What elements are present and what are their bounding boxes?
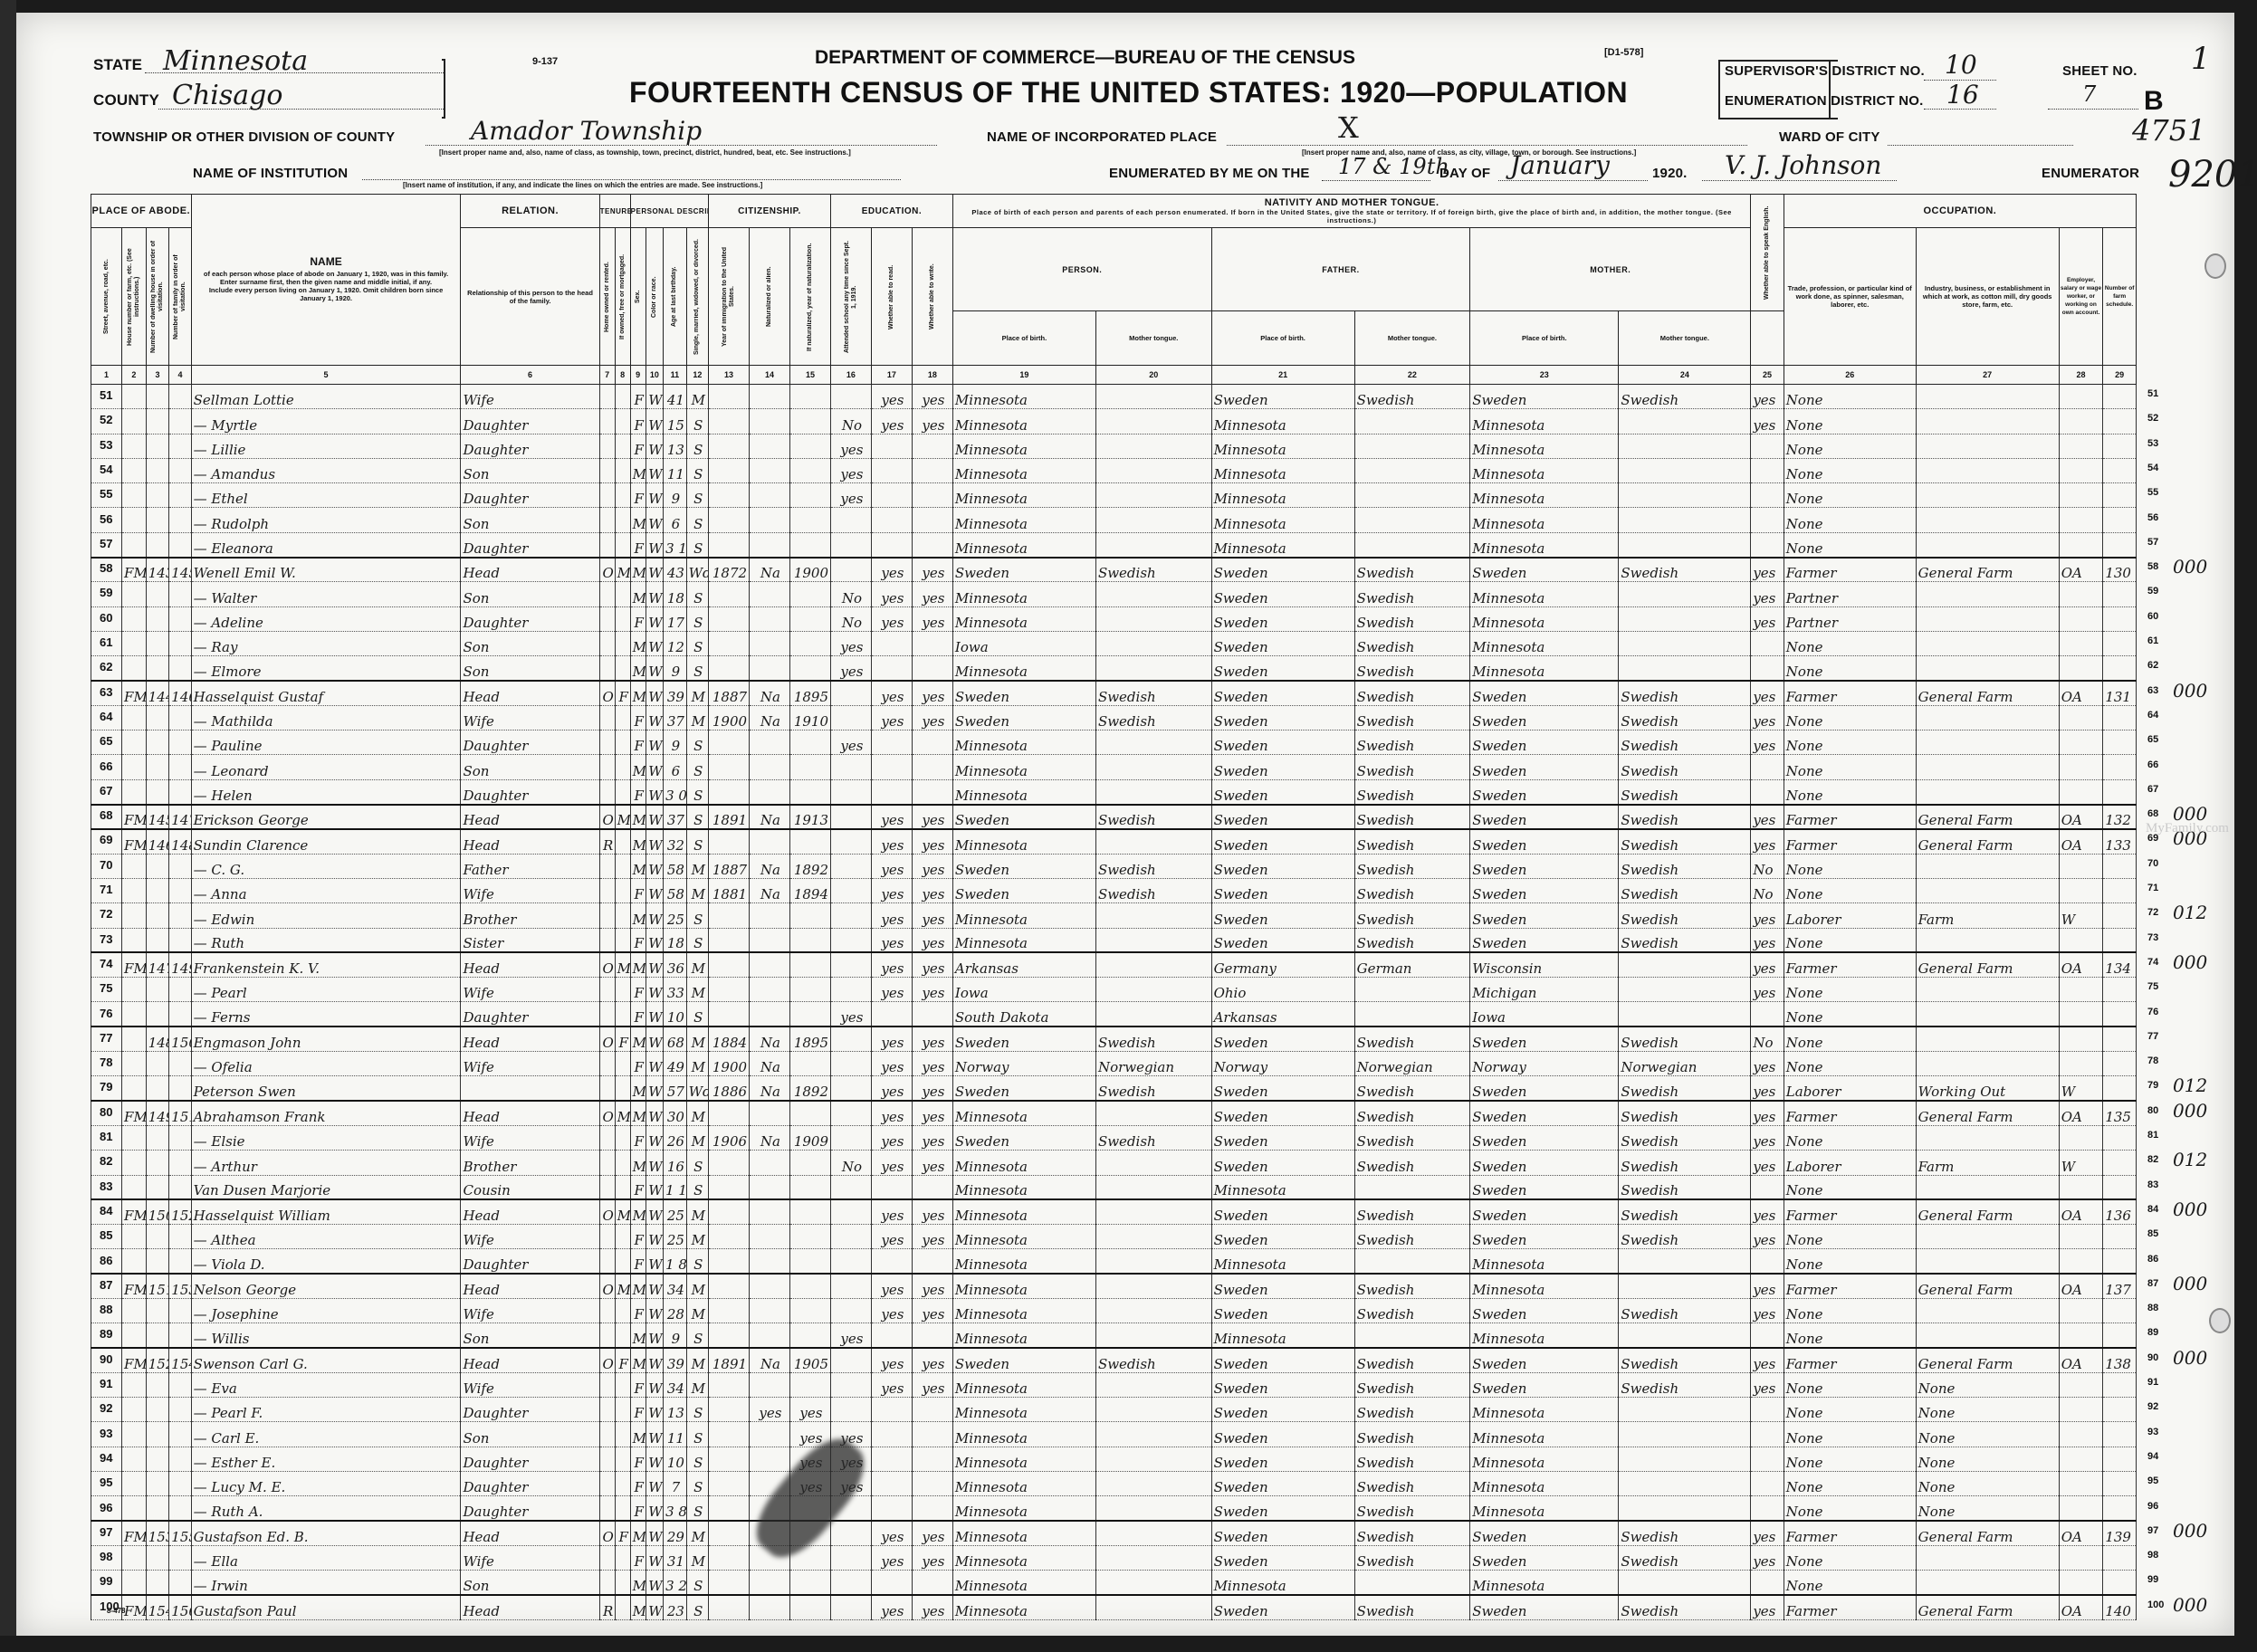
father-mother-tongue: Swedish: [1354, 1027, 1470, 1051]
header-person: PERSON.: [952, 228, 1211, 311]
naturalized: [749, 483, 789, 508]
person-name: Gustafson Paul: [191, 1595, 461, 1619]
can-read: [871, 1175, 912, 1199]
industry: [1916, 656, 2059, 681]
father-mother-tongue: [1354, 1323, 1470, 1348]
marital-status: S: [686, 1447, 708, 1471]
age: 28: [664, 1298, 687, 1323]
table-row: 148150Engmason JohnHeadOFMW68M1884Na1895…: [91, 1027, 2137, 1051]
mother-tongue: [1095, 458, 1211, 482]
race: W: [646, 952, 663, 977]
mother-mother-tongue: Swedish: [1619, 1595, 1751, 1619]
table-row: FM146148Sundin ClarenceHeadRMW32SyesyesM…: [91, 829, 2137, 854]
mother-mother-tongue: Swedish: [1619, 805, 1751, 829]
marital-status: S: [686, 409, 708, 434]
naturalized: [749, 928, 789, 952]
can-read: yes: [871, 1199, 912, 1224]
relation: Daughter: [461, 409, 599, 434]
supervisor-district-value: 10: [1945, 50, 1977, 80]
age: 37: [664, 705, 687, 730]
father-mother-tongue: [1354, 409, 1470, 434]
family-number: 148: [169, 829, 191, 854]
table-row: — PearlWifeFW33MyesyesIowaOhioMichiganye…: [91, 978, 2137, 1002]
mother-birthplace: Sweden: [1470, 1225, 1619, 1249]
mother-tongue: [1095, 1545, 1211, 1570]
father-mother-tongue: [1354, 483, 1470, 508]
column-number: 4: [169, 366, 191, 385]
employer-class: [2059, 1125, 2103, 1150]
home-owned: [599, 1571, 615, 1595]
street: [91, 1151, 122, 1175]
occupation: Farmer: [1784, 1521, 1916, 1545]
relation: Daughter: [461, 1496, 599, 1521]
employer-class: OA: [2059, 1101, 2103, 1125]
race: W: [646, 631, 663, 655]
attended-school: yes: [830, 1323, 871, 1348]
person-name: Sellman Lottie: [191, 385, 461, 409]
race: W: [646, 978, 663, 1002]
naturalization-year: [789, 829, 830, 854]
relation: Son: [461, 755, 599, 779]
home-owned: [599, 631, 615, 655]
house-number: [122, 458, 147, 482]
naturalization-year: [789, 1323, 830, 1348]
mother-birthplace: Sweden: [1470, 779, 1619, 804]
occupation: Farmer: [1784, 1101, 1916, 1125]
sex: M: [630, 1595, 646, 1619]
dwelling-number: [146, 1151, 169, 1175]
margin-code: 012: [2173, 1149, 2207, 1170]
column-number: 26: [1784, 366, 1916, 385]
line-number: 85: [2147, 1228, 2158, 1239]
speaks-english: yes: [1751, 1125, 1784, 1150]
age: 18: [664, 928, 687, 952]
race: W: [646, 1151, 663, 1175]
naturalized: [749, 606, 789, 631]
street: [91, 705, 122, 730]
home-owned: [599, 1447, 615, 1471]
marital-status: M: [686, 952, 708, 977]
father-mother-tongue: Swedish: [1354, 1274, 1470, 1298]
mother-mother-tongue: [1619, 978, 1751, 1002]
naturalized: [749, 1101, 789, 1125]
employer-class: [2059, 978, 2103, 1002]
street: [91, 385, 122, 409]
father-mother-tongue: Swedish: [1354, 1101, 1470, 1125]
column-number: 11: [664, 366, 687, 385]
home-owned: O: [599, 1199, 615, 1224]
naturalization-year: [789, 978, 830, 1002]
margin-code: 000: [2173, 1520, 2207, 1542]
naturalized: Na: [749, 1027, 789, 1051]
line-number: 52: [2147, 413, 2158, 424]
birthplace: Minnesota: [952, 458, 1095, 482]
can-read: yes: [871, 878, 912, 902]
speaks-english: yes: [1751, 1545, 1784, 1570]
father-birthplace: Sweden: [1211, 1151, 1354, 1175]
header-nativity: NATIVITY AND MOTHER TONGUE. Place of bir…: [952, 195, 1750, 228]
can-read: yes: [871, 1595, 912, 1619]
naturalization-year: [789, 779, 830, 804]
can-read: yes: [871, 1545, 912, 1570]
race: W: [646, 1496, 663, 1521]
mother-tongue: [1095, 928, 1211, 952]
father-mother-tongue: Swedish: [1354, 1225, 1470, 1249]
house-number: [122, 656, 147, 681]
line-number: 58: [2147, 561, 2158, 572]
birthplace: Minnesota: [952, 779, 1095, 804]
father-mother-tongue: Swedish: [1354, 755, 1470, 779]
mother-mother-tongue: [1619, 409, 1751, 434]
father-mother-tongue: [1354, 434, 1470, 458]
margin-number-9201: 9201: [2168, 154, 2257, 196]
table-row: — Viola D.DaughterFW1 8/12SMinnesotaMinn…: [91, 1249, 2137, 1274]
immigration-year: [709, 1249, 750, 1274]
race: W: [646, 1027, 663, 1051]
speaks-english: [1751, 1175, 1784, 1199]
speaks-english: yes: [1751, 681, 1784, 705]
mother-tongue: [1095, 903, 1211, 928]
race: W: [646, 1298, 663, 1323]
relation: Head: [461, 805, 599, 829]
relation: Wife: [461, 1125, 599, 1150]
can-read: yes: [871, 854, 912, 878]
immigration-year: [709, 1447, 750, 1471]
farm-schedule: 135: [2103, 1101, 2137, 1125]
race: W: [646, 681, 663, 705]
naturalized: [749, 1447, 789, 1471]
naturalization-year: [789, 1595, 830, 1619]
employer-class: [2059, 854, 2103, 878]
speaks-english: [1751, 1002, 1784, 1027]
mother-birthplace: Sweden: [1470, 1595, 1619, 1619]
can-read: [871, 1422, 912, 1447]
father-mother-tongue: Swedish: [1354, 1447, 1470, 1471]
home-owned: [599, 1175, 615, 1199]
employer-class: OA: [2059, 805, 2103, 829]
speaks-english: [1751, 1571, 1784, 1595]
naturalized: [749, 582, 789, 606]
marital-status: M: [686, 1101, 708, 1125]
can-write: [912, 1422, 952, 1447]
sex: F: [630, 1249, 646, 1274]
dwelling-number: [146, 1447, 169, 1471]
age: 9: [664, 1323, 687, 1348]
birthplace: Norway: [952, 1052, 1095, 1076]
father-birthplace: Minnesota: [1211, 409, 1354, 434]
column-number: 23: [1470, 366, 1619, 385]
race: W: [646, 558, 663, 582]
naturalization-year: [789, 928, 830, 952]
table-row: — WalterSonMW18SNoyesyesMinnesotaSwedenS…: [91, 582, 2137, 606]
birthplace: Minnesota: [952, 606, 1095, 631]
street: [91, 483, 122, 508]
dwelling-number: [146, 1076, 169, 1101]
attended-school: [830, 532, 871, 557]
age: 39: [664, 1348, 687, 1372]
incorporated-place-value: X: [1338, 110, 1359, 145]
year-value: 1920.: [1652, 166, 1688, 181]
street: [91, 631, 122, 655]
header-name-desc-1: of each person whose place of abode on J…: [196, 270, 457, 278]
dwelling-number: 150: [146, 1199, 169, 1224]
person-name: — Ethel: [191, 483, 461, 508]
sex: M: [630, 1151, 646, 1175]
mother-mother-tongue: Swedish: [1619, 705, 1751, 730]
mother-mother-tongue: [1619, 1422, 1751, 1447]
mother-mother-tongue: [1619, 508, 1751, 532]
attended-school: No: [830, 606, 871, 631]
house-number: [122, 854, 147, 878]
marital-status: S: [686, 656, 708, 681]
speaks-english: [1751, 532, 1784, 557]
industry: [1916, 731, 2059, 755]
immigration-year: [709, 1323, 750, 1348]
family-number: [169, 1002, 191, 1027]
table-row: — OfeliaWifeFW49M1900NayesyesNorwayNorwe…: [91, 1052, 2137, 1076]
occupation: Farmer: [1784, 1199, 1916, 1224]
speaks-english: yes: [1751, 1101, 1784, 1125]
mother-tongue: [1095, 582, 1211, 606]
home-owned: [599, 582, 615, 606]
can-write: yes: [912, 1125, 952, 1150]
person-name: — Lucy M. E.: [191, 1472, 461, 1496]
can-read: [871, 1323, 912, 1348]
line-number: 73: [2147, 932, 2158, 943]
street: [91, 458, 122, 482]
industry: [1916, 483, 2059, 508]
birthplace: Minnesota: [952, 1447, 1095, 1471]
table-row: FM147149Frankenstein K. V.HeadOMMW36Myes…: [91, 952, 2137, 977]
immigration-year: 1884: [709, 1027, 750, 1051]
industry: None: [1916, 1496, 2059, 1521]
table-row: — Carl E.SonMW11SyesyesMinnesotaSwedenSw…: [91, 1422, 2137, 1447]
birthplace: Minnesota: [952, 1398, 1095, 1422]
mother-tongue: [1095, 385, 1211, 409]
dwelling-number: 147: [146, 952, 169, 977]
age: 41: [664, 385, 687, 409]
can-write: yes: [912, 952, 952, 977]
race: W: [646, 731, 663, 755]
marital-status: S: [686, 483, 708, 508]
age: 9: [664, 483, 687, 508]
mother-mother-tongue: [1619, 1274, 1751, 1298]
header-col-17: Whether able to read.: [871, 228, 912, 366]
industry: [1916, 928, 2059, 952]
person-name: — Arthur: [191, 1151, 461, 1175]
person-name: — Ray: [191, 631, 461, 655]
relation: Daughter: [461, 1002, 599, 1027]
naturalization-year: [789, 1372, 830, 1397]
occupation: None: [1784, 755, 1916, 779]
employer-class: OA: [2059, 1348, 2103, 1372]
immigration-year: [709, 903, 750, 928]
mother-birthplace: Norway: [1470, 1052, 1619, 1076]
speaks-english: [1751, 1323, 1784, 1348]
header-col-7: Home owned or rented.: [599, 228, 615, 366]
farm-schedule: 134: [2103, 952, 2137, 977]
relation: Head: [461, 1521, 599, 1545]
attended-school: [830, 1545, 871, 1570]
header-col-2: House number or farm, etc. (See instruct…: [122, 228, 147, 366]
mother-tongue: Swedish: [1095, 1125, 1211, 1150]
industry: [1916, 1249, 2059, 1274]
line-number: 61: [2147, 635, 2158, 646]
father-mother-tongue: Swedish: [1354, 606, 1470, 631]
table-row: — IrwinSonMW3 2/12SMinnesotaMinnesotaMin…: [91, 1571, 2137, 1595]
mother-tongue: [1095, 1521, 1211, 1545]
relation: Son: [461, 458, 599, 482]
mother-mother-tongue: Swedish: [1619, 1125, 1751, 1150]
owned-free: M: [615, 1199, 630, 1224]
naturalized: Na: [749, 805, 789, 829]
home-owned: [599, 878, 615, 902]
can-read: yes: [871, 1052, 912, 1076]
father-birthplace: Sweden: [1211, 1125, 1354, 1150]
dwelling-number: [146, 1225, 169, 1249]
person-name: — Adeline: [191, 606, 461, 631]
house-number: [122, 1125, 147, 1150]
occupation: Partner: [1784, 606, 1916, 631]
naturalized: Na: [749, 878, 789, 902]
person-name: — Elmore: [191, 656, 461, 681]
line-number: 55: [2147, 487, 2158, 498]
employer-class: [2059, 385, 2103, 409]
house-number: [122, 1422, 147, 1447]
relation: Wife: [461, 1225, 599, 1249]
header-mother: MOTHER.: [1470, 228, 1751, 311]
owned-free: [615, 409, 630, 434]
naturalization-year: 1892: [789, 854, 830, 878]
house-number: FM: [122, 558, 147, 582]
father-birthplace: Minnesota: [1211, 1175, 1354, 1199]
father-birthplace: Sweden: [1211, 606, 1354, 631]
occupation: None: [1784, 434, 1916, 458]
person-name: Wenell Emil W.: [191, 558, 461, 582]
can-read: yes: [871, 829, 912, 854]
header-relation: RELATION.: [461, 195, 599, 228]
home-owned: [599, 903, 615, 928]
dwelling-number: [146, 1052, 169, 1076]
father-birthplace: Minnesota: [1211, 1323, 1354, 1348]
line-number: 84: [2147, 1204, 2158, 1215]
dwelling-number: [146, 1422, 169, 1447]
owned-free: M: [615, 805, 630, 829]
can-read: yes: [871, 1372, 912, 1397]
sex: F: [630, 1372, 646, 1397]
owned-free: [615, 1298, 630, 1323]
birthplace: Iowa: [952, 631, 1095, 655]
line-number: 57: [2147, 537, 2158, 548]
naturalized: [749, 532, 789, 557]
farm-schedule: [2103, 1125, 2137, 1150]
race: W: [646, 1225, 663, 1249]
line-number: 51: [2147, 388, 2158, 399]
mother-birthplace: Sweden: [1470, 1372, 1619, 1397]
header-col-23: Place of birth.: [1470, 311, 1619, 366]
home-owned: O: [599, 805, 615, 829]
house-number: [122, 606, 147, 631]
table-row: — RuthSisterFW18SyesyesMinnesotaSwedenSw…: [91, 928, 2137, 952]
mother-birthplace: Sweden: [1470, 1298, 1619, 1323]
street: [91, 854, 122, 878]
street: [91, 1274, 122, 1298]
mother-mother-tongue: Swedish: [1619, 1372, 1751, 1397]
race: W: [646, 1323, 663, 1348]
owned-free: [615, 978, 630, 1002]
can-read: yes: [871, 409, 912, 434]
naturalization-year: [789, 385, 830, 409]
immigration-year: [709, 928, 750, 952]
family-number: [169, 631, 191, 655]
family-number: [169, 606, 191, 631]
attended-school: [830, 1027, 871, 1051]
employer-class: [2059, 1298, 2103, 1323]
family-number: 151: [169, 1101, 191, 1125]
line-number: 70: [2147, 858, 2158, 869]
naturalized: [749, 434, 789, 458]
sex: M: [630, 805, 646, 829]
father-mother-tongue: Swedish: [1354, 1151, 1470, 1175]
person-name: Hasselquist William: [191, 1199, 461, 1224]
house-number: [122, 1151, 147, 1175]
speaks-english: [1751, 458, 1784, 482]
house-number: [122, 1076, 147, 1101]
father-birthplace: Sweden: [1211, 1398, 1354, 1422]
attended-school: [830, 1372, 871, 1397]
age: 16: [664, 1151, 687, 1175]
header-col-4: Number of family in order of visitation.: [169, 228, 191, 366]
industry: [1916, 755, 2059, 779]
birthplace: Minnesota: [952, 731, 1095, 755]
person-name: — C. G.: [191, 854, 461, 878]
header-father: FATHER.: [1211, 228, 1470, 311]
family-number: [169, 1323, 191, 1348]
sex: F: [630, 779, 646, 804]
father-mother-tongue: Swedish: [1354, 705, 1470, 730]
table-row: FM150152Hasselquist WilliamHeadOMMW25Mye…: [91, 1199, 2137, 1224]
sex: M: [630, 1323, 646, 1348]
person-name: — Pauline: [191, 731, 461, 755]
mother-birthplace: Sweden: [1470, 1348, 1619, 1372]
farm-schedule: [2103, 755, 2137, 779]
occupation: None: [1784, 928, 1916, 952]
father-birthplace: Sweden: [1211, 1348, 1354, 1372]
naturalized: Na: [749, 1125, 789, 1150]
mother-birthplace: Minnesota: [1470, 1398, 1619, 1422]
margin-code: 012: [2173, 1074, 2207, 1096]
header-col-9: Sex.: [630, 228, 646, 366]
table-row: Peterson SwenMW57Wd1886Na1892yesyesSwede…: [91, 1076, 2137, 1101]
mother-mother-tongue: [1619, 1323, 1751, 1348]
township-label: TOWNSHIP OR OTHER DIVISION OF COUNTY: [93, 129, 395, 145]
owned-free: [615, 1545, 630, 1570]
line-number: 92: [2147, 1401, 2158, 1412]
home-owned: [599, 1249, 615, 1274]
header-education: EDUCATION.: [830, 195, 952, 228]
marital-status: S: [686, 606, 708, 631]
table-row: — MathildaWifeFW37M1900Na1910yesyesSwede…: [91, 705, 2137, 730]
industry: [1916, 434, 2059, 458]
father-mother-tongue: Swedish: [1354, 656, 1470, 681]
naturalization-year: [789, 582, 830, 606]
home-owned: O: [599, 1348, 615, 1372]
home-owned: [599, 1151, 615, 1175]
occupation: Farmer: [1784, 1595, 1916, 1619]
person-name: — Eva: [191, 1372, 461, 1397]
punch-hole: [2209, 1308, 2231, 1333]
sex: M: [630, 508, 646, 532]
